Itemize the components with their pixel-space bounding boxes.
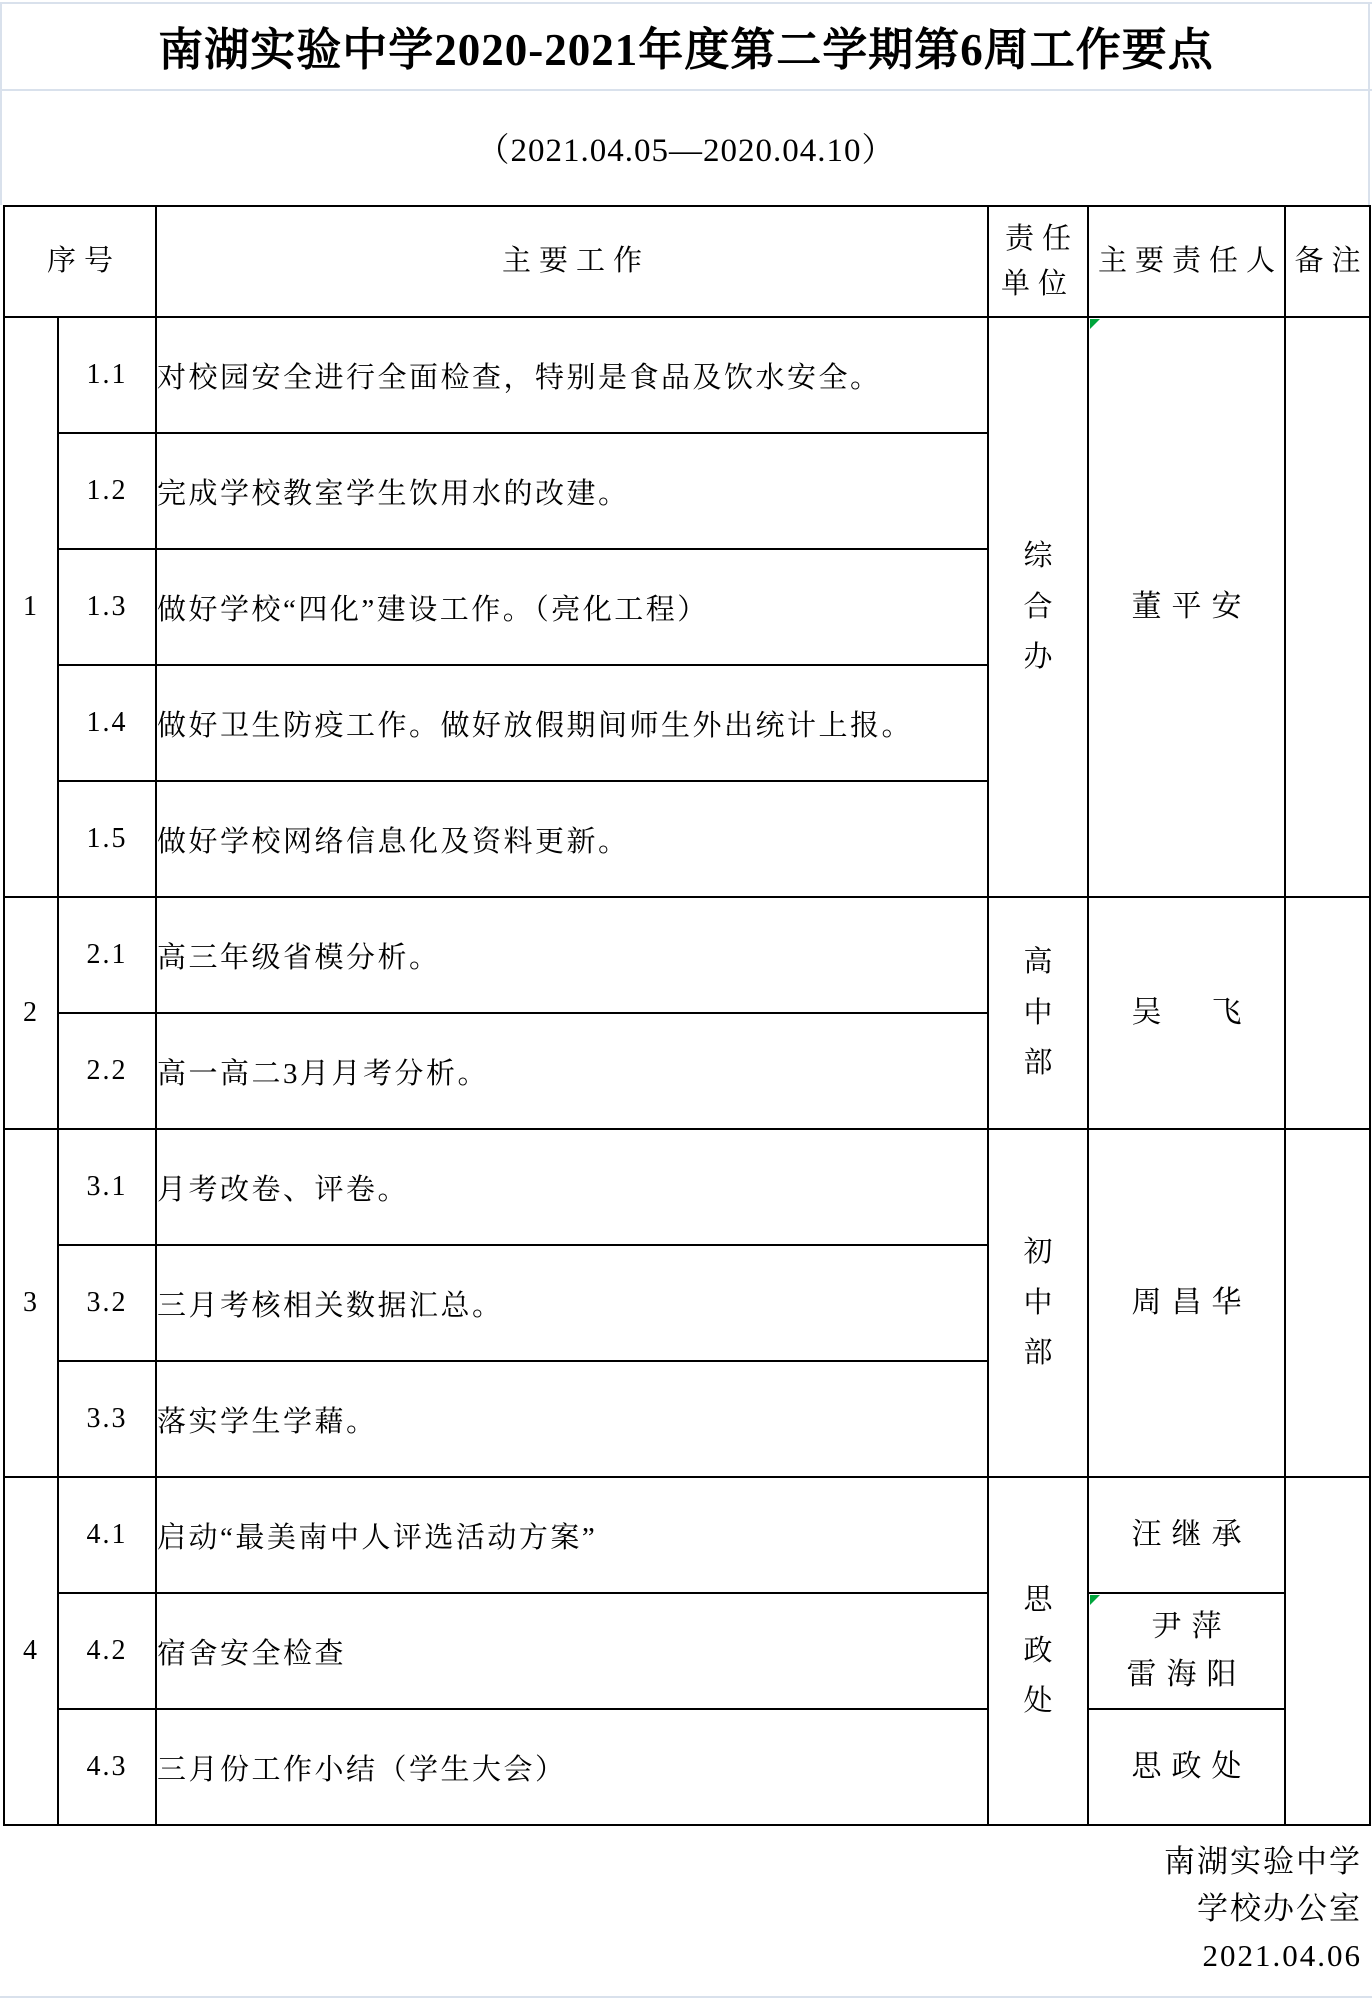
item-number: 1.3 [58,549,156,665]
note-cell [1285,1129,1370,1477]
item-number: 1.1 [58,317,156,433]
item-number: 3.1 [58,1129,156,1245]
work-cell: 高一高二3月月考分析。 [156,1013,988,1129]
work-cell: 月考改卷、评卷。 [156,1129,988,1245]
table-row: 2 2.1 高三年级省模分析。 高中部 吴 飞 [4,897,1370,1013]
item-number: 4.3 [58,1709,156,1825]
unit-cell: 初中部 [988,1129,1088,1477]
cell-flag-icon [1090,319,1100,329]
work-cell: 启动“最美南中人评选活动方案” [156,1477,988,1593]
signature-office: 学校办公室 [1164,1885,1362,1932]
header-note: 备注 [1285,206,1370,317]
item-number: 3.3 [58,1361,156,1477]
signature-date: 2021.04.06 [1164,1932,1362,1979]
person-cell: 汪继承 [1088,1477,1285,1593]
gridline-bottom [0,1996,1372,1998]
header-work: 主要工作 [156,206,988,317]
item-number: 1.4 [58,665,156,781]
header-row: 序号 主要工作 责任 单位 主要责任人 备注 [4,206,1370,317]
work-cell: 做好学校“四化”建设工作。（亮化工程） [156,549,988,665]
work-cell: 完成学校教室学生饮用水的改建。 [156,433,988,549]
signature-org: 南湖实验中学 [1164,1838,1362,1885]
item-number: 2.1 [58,897,156,1013]
table-row: 4.3 三月份工作小结（学生大会） 思政处 [4,1709,1370,1825]
unit-cell: 综合办 [988,317,1088,897]
unit-cell: 高中部 [988,897,1088,1129]
subtitle-row: （2021.04.05—2020.04.10） [0,89,1372,205]
work-cell: 三月份工作小结（学生大会） [156,1709,988,1825]
unit-cell: 思政处 [988,1477,1088,1825]
title-row: 南湖实验中学2020-2021年度第二学期第6周工作要点 [0,2,1372,89]
work-cell: 高三年级省模分析。 [156,897,988,1013]
section-number: 3 [4,1129,58,1477]
person-cell: 董平安 [1088,317,1285,897]
person-cell: 周昌华 [1088,1129,1285,1477]
item-number: 1.2 [58,433,156,549]
page-title: 南湖实验中学2020-2021年度第二学期第6周工作要点 [158,13,1214,78]
item-number: 4.2 [58,1593,156,1709]
table-row: 4.2 宿舍安全检查 尹萍 雷海阳 [4,1593,1370,1709]
note-cell [1285,1477,1370,1825]
work-plan-table: 序号 主要工作 责任 单位 主要责任人 备注 1 1.1 对校园安全进行全面检查… [3,205,1371,1826]
work-cell: 三月考核相关数据汇总。 [156,1245,988,1361]
person-cell: 尹萍 雷海阳 [1088,1593,1285,1709]
item-number: 4.1 [58,1477,156,1593]
signature-block: 南湖实验中学 学校办公室 2021.04.06 [1164,1838,1362,1979]
section-number: 2 [4,897,58,1129]
header-unit: 责任 单位 [988,206,1088,317]
header-index: 序号 [4,206,156,317]
document-page: 南湖实验中学2020-2021年度第二学期第6周工作要点 （2021.04.05… [0,0,1372,2002]
work-cell: 做好学校网络信息化及资料更新。 [156,781,988,897]
work-cell: 对校园安全进行全面检查，特别是食品及饮水安全。 [156,317,988,433]
work-cell: 落实学生学藉。 [156,1361,988,1477]
date-range: （2021.04.05—2020.04.10） [477,124,896,171]
section-number: 4 [4,1477,58,1825]
item-number: 1.5 [58,781,156,897]
cell-flag-icon [1090,1595,1100,1605]
section-number: 1 [4,317,58,897]
item-number: 2.2 [58,1013,156,1129]
table-row: 3 3.1 月考改卷、评卷。 初中部 周昌华 [4,1129,1370,1245]
person-cell: 思政处 [1088,1709,1285,1825]
work-cell: 做好卫生防疫工作。做好放假期间师生外出统计上报。 [156,665,988,781]
note-cell [1285,317,1370,897]
work-cell: 宿舍安全检查 [156,1593,988,1709]
table-row: 1 1.1 对校园安全进行全面检查，特别是食品及饮水安全。 综合办 董平安 [4,317,1370,433]
table-row: 4 4.1 启动“最美南中人评选活动方案” 思政处 汪继承 [4,1477,1370,1593]
item-number: 3.2 [58,1245,156,1361]
note-cell [1285,897,1370,1129]
header-person: 主要责任人 [1088,206,1285,317]
person-cell: 吴 飞 [1088,897,1285,1129]
